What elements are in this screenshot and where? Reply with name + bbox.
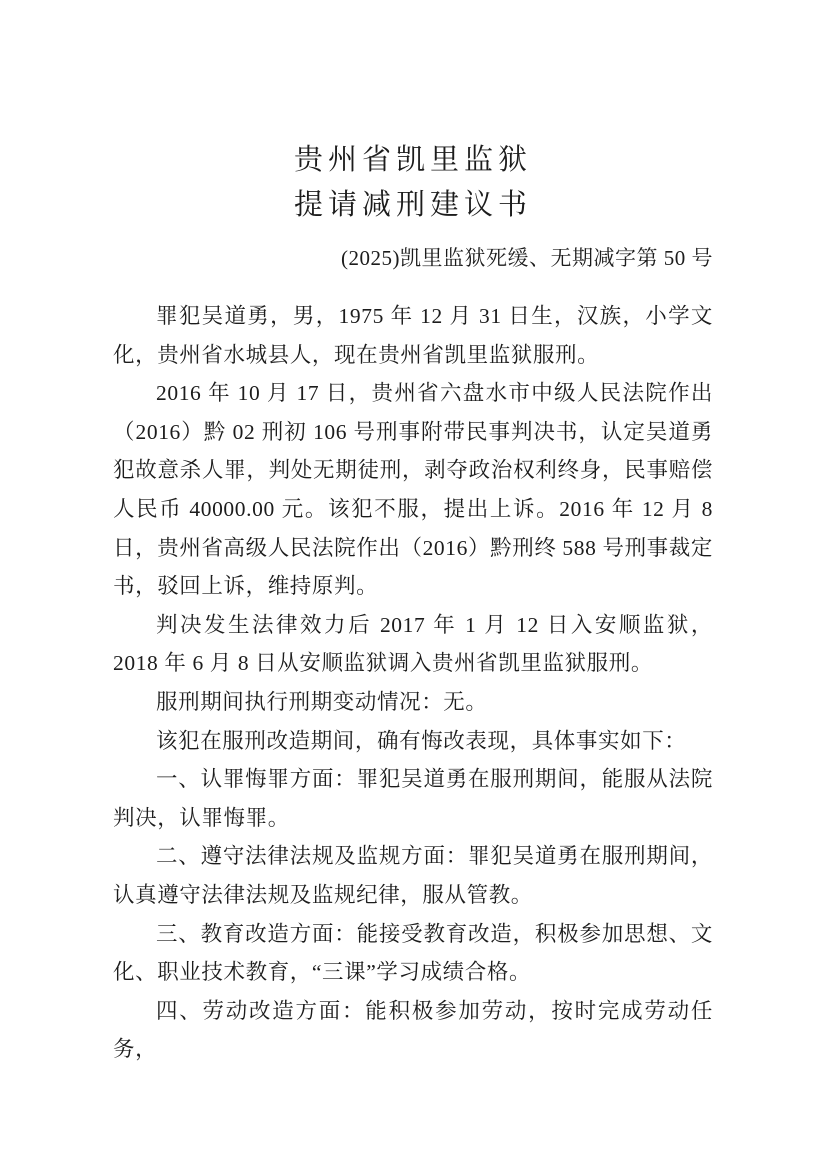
paragraph-item-1-confession: 一、认罪悔罪方面：罪犯吴道勇在服刑期间，能服从法院判决，认罪悔罪。 [113,760,713,837]
document-body: 罪犯吴道勇，男，1975 年 12 月 31 日生，汉族，小学文化，贵州省水城县… [113,297,713,1069]
paragraph-item-2-discipline: 二、遵守法律法规及监规方面：罪犯吴道勇在服刑期间，认真遵守法律法规及监规纪律，服… [113,837,713,914]
paragraph-judgment-history: 2016 年 10 月 17 日，贵州省六盘水市中级人民法院作出（2016）黔 … [113,374,713,606]
paragraph-item-4-labor: 四、劳动改造方面：能积极参加劳动，按时完成劳动任务， [113,992,713,1069]
paragraph-sentence-change-status: 服刑期间执行刑期变动情况：无。 [113,683,713,722]
document-content: 贵州省凯里监狱 提请减刑建议书 (2025)凯里监狱死缓、无期减字第 50 号 … [113,138,713,1069]
document-page: 贵州省凯里监狱 提请减刑建议书 (2025)凯里监狱死缓、无期减字第 50 号 … [0,0,827,1169]
paragraph-prison-transfer: 判决发生法律效力后 2017 年 1 月 12 日入安顺监狱，2018 年 6 … [113,606,713,683]
document-title: 贵州省凯里监狱 提请减刑建议书 [113,138,713,228]
paragraph-reform-intro: 该犯在服刑改造期间，确有悔改表现，具体事实如下： [113,722,713,761]
paragraph-offender-info: 罪犯吴道勇，男，1975 年 12 月 31 日生，汉族，小学文化，贵州省水城县… [113,297,713,374]
title-line-document-type: 提请减刑建议书 [113,183,713,228]
title-line-prison-name: 贵州省凯里监狱 [113,138,713,183]
document-reference-number: (2025)凯里监狱死缓、无期减字第 50 号 [113,244,713,272]
paragraph-item-3-education: 三、教育改造方面：能接受教育改造，积极参加思想、文化、职业技术教育，“三课”学习… [113,915,713,992]
